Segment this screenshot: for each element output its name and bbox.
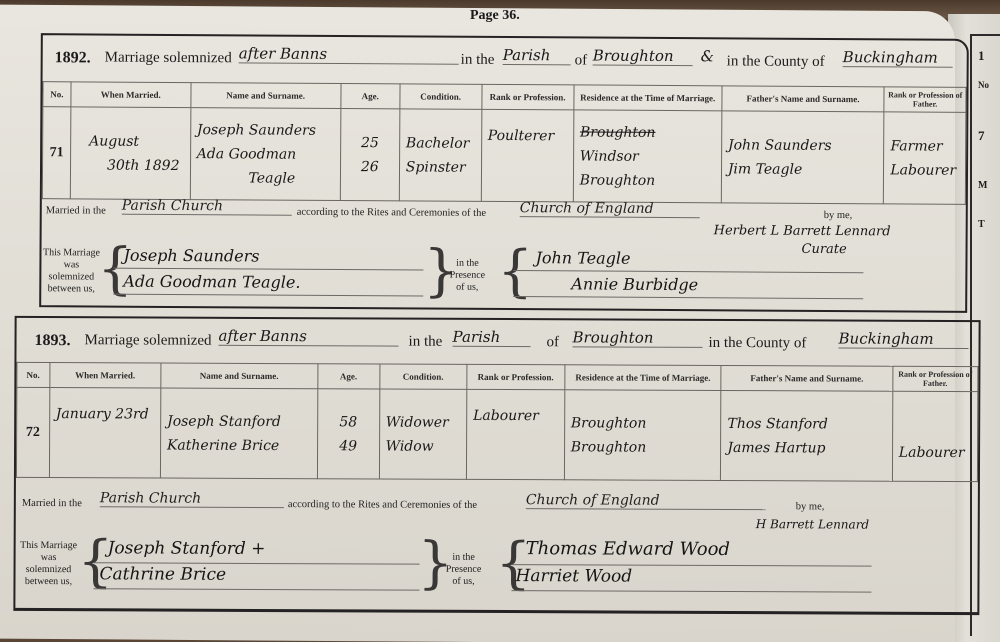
- ages-cell: 25 26: [340, 109, 400, 201]
- married-in-value: Parish Church: [100, 490, 284, 508]
- groom-name: Joseph Stanford: [167, 409, 311, 434]
- marriage-entry-72: 1893. Marriage solemnized after Banns in…: [13, 316, 980, 615]
- entry-number: 72: [16, 387, 49, 477]
- groom-residence: Windsor: [580, 144, 715, 169]
- label-line: Presence: [436, 564, 492, 576]
- ages-cell: 58 49: [317, 389, 379, 479]
- when-married-cell: January 23rd: [49, 388, 161, 478]
- signature-line: [511, 590, 871, 593]
- entry-year: 1893.: [34, 332, 70, 350]
- fathers-cell: Thos Stanford James Hartup: [721, 390, 893, 481]
- bride-father: Jim Teagle: [728, 157, 878, 182]
- signature-line: [113, 268, 423, 271]
- groom-father: John Saunders: [728, 133, 878, 158]
- bride-residence: Broughton: [571, 435, 715, 460]
- register-table: No. When Married. Name and Surname. Age.…: [42, 81, 967, 205]
- when-married-date: January 23rd: [56, 402, 154, 426]
- married-in-value: Parish Church: [122, 198, 292, 216]
- in-the-label: in the: [461, 52, 495, 69]
- groom-profession: Labourer: [473, 404, 558, 428]
- bride-father-rank: Labourer: [890, 158, 959, 182]
- entry-headline: 1892. Marriage solemnized after Banns in…: [43, 35, 967, 87]
- when-married-cell: August 30th 1892: [70, 107, 190, 200]
- married-in-label: Married in the: [46, 205, 106, 216]
- officiant-signature: H Barrett Lennard: [756, 517, 869, 531]
- father-ranks-cell: Labourer: [892, 391, 978, 481]
- signature-line: [93, 588, 419, 590]
- witness-2-signature: Harriet Wood: [515, 566, 632, 587]
- fathers-cell: John Saunders Jim Teagle: [721, 111, 884, 204]
- label-line: of us,: [439, 282, 495, 294]
- rites-label: according to the Rites and Ceremonies of…: [288, 499, 477, 511]
- conditions-cell: Bachelor Spinster: [399, 109, 481, 201]
- col-name: Name and Surname.: [161, 363, 318, 389]
- groom-age: 25: [347, 131, 393, 155]
- label-line: was: [41, 259, 101, 271]
- groom-father-rank: Farmer: [890, 134, 959, 158]
- col-father-rank: Rank or Profession of Father.: [893, 366, 978, 391]
- adjacent-page-no-fragment: No: [978, 80, 989, 90]
- col-rank: Rank or Profession.: [481, 84, 573, 110]
- register-table: No. When Married. Name and Surname. Age.…: [16, 362, 978, 482]
- label-line: in the: [436, 552, 492, 564]
- bride-condition: Spinster: [406, 155, 475, 179]
- bride-signature: Cathrine Brice: [99, 564, 226, 585]
- label-line: between us,: [17, 576, 79, 588]
- signature-line: [513, 296, 863, 299]
- rites-value: Church of England: [526, 492, 766, 510]
- col-father-rank: Rank or Profession of Father.: [884, 87, 966, 112]
- names-cell: Joseph Stanford Katherine Brice: [160, 388, 317, 479]
- col-no: No.: [17, 362, 50, 387]
- label-line: of us,: [435, 576, 491, 588]
- label-line: was: [18, 552, 80, 564]
- officiant-title: Curate: [801, 242, 846, 257]
- of-label: of: [546, 334, 559, 351]
- bride-age: 26: [347, 155, 393, 179]
- groom-father: Thos Stanford: [727, 412, 886, 437]
- marriage-entry-71: 1892. Marriage solemnized after Banns in…: [39, 33, 969, 313]
- col-age: Age.: [317, 364, 379, 389]
- entry-number: 71: [42, 107, 71, 199]
- father-ranks-cell: Farmer Labourer: [884, 112, 966, 204]
- entry-headline: 1893. Marriage solemnized after Banns in…: [16, 318, 978, 368]
- residences-cell: Broughton Windsor Broughton: [573, 110, 722, 203]
- col-residence: Residence at the Time of Marriage.: [565, 365, 722, 391]
- county-label: in the County of: [708, 335, 806, 352]
- officiant-signature: Herbert L Barrett Lennard: [714, 223, 891, 239]
- married-in-label: Married in the: [22, 498, 82, 509]
- entry-year: 1892.: [55, 49, 91, 67]
- conditions-cell: Widower Widow: [379, 389, 467, 479]
- adjacent-page-entry-fragment: 7: [978, 128, 985, 144]
- col-rank: Rank or Profession.: [467, 364, 565, 389]
- of-label: of: [575, 52, 588, 69]
- groom-condition: Widower: [386, 410, 460, 434]
- when-married-day-year: 30th 1892: [77, 153, 184, 178]
- bride-surname: Teagle: [197, 166, 334, 191]
- adjacent-page-this-fragment: T: [978, 219, 985, 230]
- in-presence-label: in the Presence of us,: [439, 258, 495, 294]
- county-value: Buckingham: [839, 329, 969, 349]
- bride-father: James Hartup: [727, 436, 886, 461]
- residences-cell: Broughton Broughton: [564, 390, 721, 481]
- bride-age: 49: [324, 434, 373, 458]
- county-label: in the County of: [727, 53, 825, 71]
- label-line: solemnized: [18, 564, 80, 576]
- col-residence: Residence at the Time of Marriage.: [574, 85, 722, 111]
- witness-2-signature: Annie Burbidge: [571, 274, 698, 294]
- label-line: Presence: [439, 270, 495, 282]
- col-condition: Condition.: [400, 84, 482, 109]
- in-presence-label: in the Presence of us,: [435, 552, 491, 588]
- this-marriage-label: This Marriage was solemnized between us,: [17, 540, 79, 588]
- rites-label: according to the Rites and Ceremonies of…: [297, 207, 486, 219]
- col-name: Name and Surname.: [191, 83, 341, 109]
- groom-age: 58: [324, 410, 373, 434]
- witness-1-signature: John Teagle: [535, 248, 630, 268]
- col-father-name: Father's Name and Surname.: [722, 86, 885, 112]
- label-line: solemnized: [41, 271, 101, 283]
- when-married-month: August: [77, 129, 184, 154]
- label-line: This Marriage: [41, 247, 101, 259]
- label-line: between us,: [41, 283, 101, 295]
- parish-mark: &: [701, 47, 714, 65]
- by-me-label: by me,: [796, 501, 825, 512]
- col-when-married: When Married.: [49, 363, 160, 388]
- col-father-name: Father's Name and Surname.: [721, 365, 893, 391]
- bride-signature: Ada Goodman Teagle.: [123, 272, 300, 292]
- professions-cell: Labourer: [466, 389, 564, 479]
- bride-name: Ada Goodman: [197, 142, 334, 167]
- adjacent-page-year-fragment: 1: [978, 48, 985, 64]
- bride-father-rank: Labourer: [899, 441, 971, 465]
- groom-signature: Joseph Saunders: [123, 246, 259, 266]
- groom-condition: Bachelor: [406, 131, 475, 155]
- signature-line: [113, 294, 423, 297]
- groom-name: Joseph Saunders: [197, 118, 334, 143]
- professions-cell: Poulterer: [481, 109, 574, 202]
- residence-struck: Broughton: [580, 120, 715, 145]
- label-line: This Marriage: [18, 540, 80, 552]
- marriage-solemnized-label: Marriage solemnized: [85, 332, 212, 350]
- this-marriage-label: This Marriage was solemnized between us,: [41, 247, 101, 295]
- groom-residence: Broughton: [571, 411, 715, 436]
- bride-name: Katherine Brice: [167, 433, 311, 458]
- bride-residence: Broughton: [580, 168, 715, 193]
- col-when-married: When Married.: [71, 82, 191, 108]
- adjacent-page-married-fragment: M: [978, 180, 987, 191]
- by-me-label: by me,: [824, 210, 853, 221]
- witness-brace: {: [497, 244, 533, 300]
- county-value: Buckingham: [843, 48, 953, 68]
- col-age: Age.: [341, 84, 400, 109]
- marriage-solemnized-label: Marriage solemnized: [105, 50, 232, 68]
- solemnized-by-value: after Banns: [219, 327, 399, 347]
- col-no: No.: [43, 82, 71, 107]
- groom-profession: Poulterer: [488, 124, 567, 148]
- col-condition: Condition.: [379, 364, 466, 389]
- table-row: 72 January 23rd Joseph Stanford Katherin…: [16, 387, 977, 481]
- parish-value: Broughton: [593, 47, 693, 67]
- in-the-label: in the: [409, 334, 443, 351]
- witness-1-signature: Thomas Edward Wood: [526, 538, 730, 560]
- parish-value: Broughton: [573, 328, 703, 348]
- bride-condition: Widow: [386, 434, 460, 458]
- solemnized-by-value: after Banns: [239, 44, 459, 64]
- label-line: in the: [439, 258, 495, 270]
- place-type-value: Parish: [453, 328, 531, 347]
- groom-signature: Joseph Stanford +: [108, 538, 266, 559]
- names-cell: Joseph Saunders Ada Goodman Teagle: [190, 108, 341, 201]
- rites-value: Church of England: [520, 200, 700, 218]
- page-number: Page 36.: [470, 8, 520, 24]
- place-type-value: Parish: [503, 46, 571, 65]
- table-row: 71 August 30th 1892 Joseph Saunders Ada …: [42, 107, 966, 205]
- signature-line: [513, 270, 863, 273]
